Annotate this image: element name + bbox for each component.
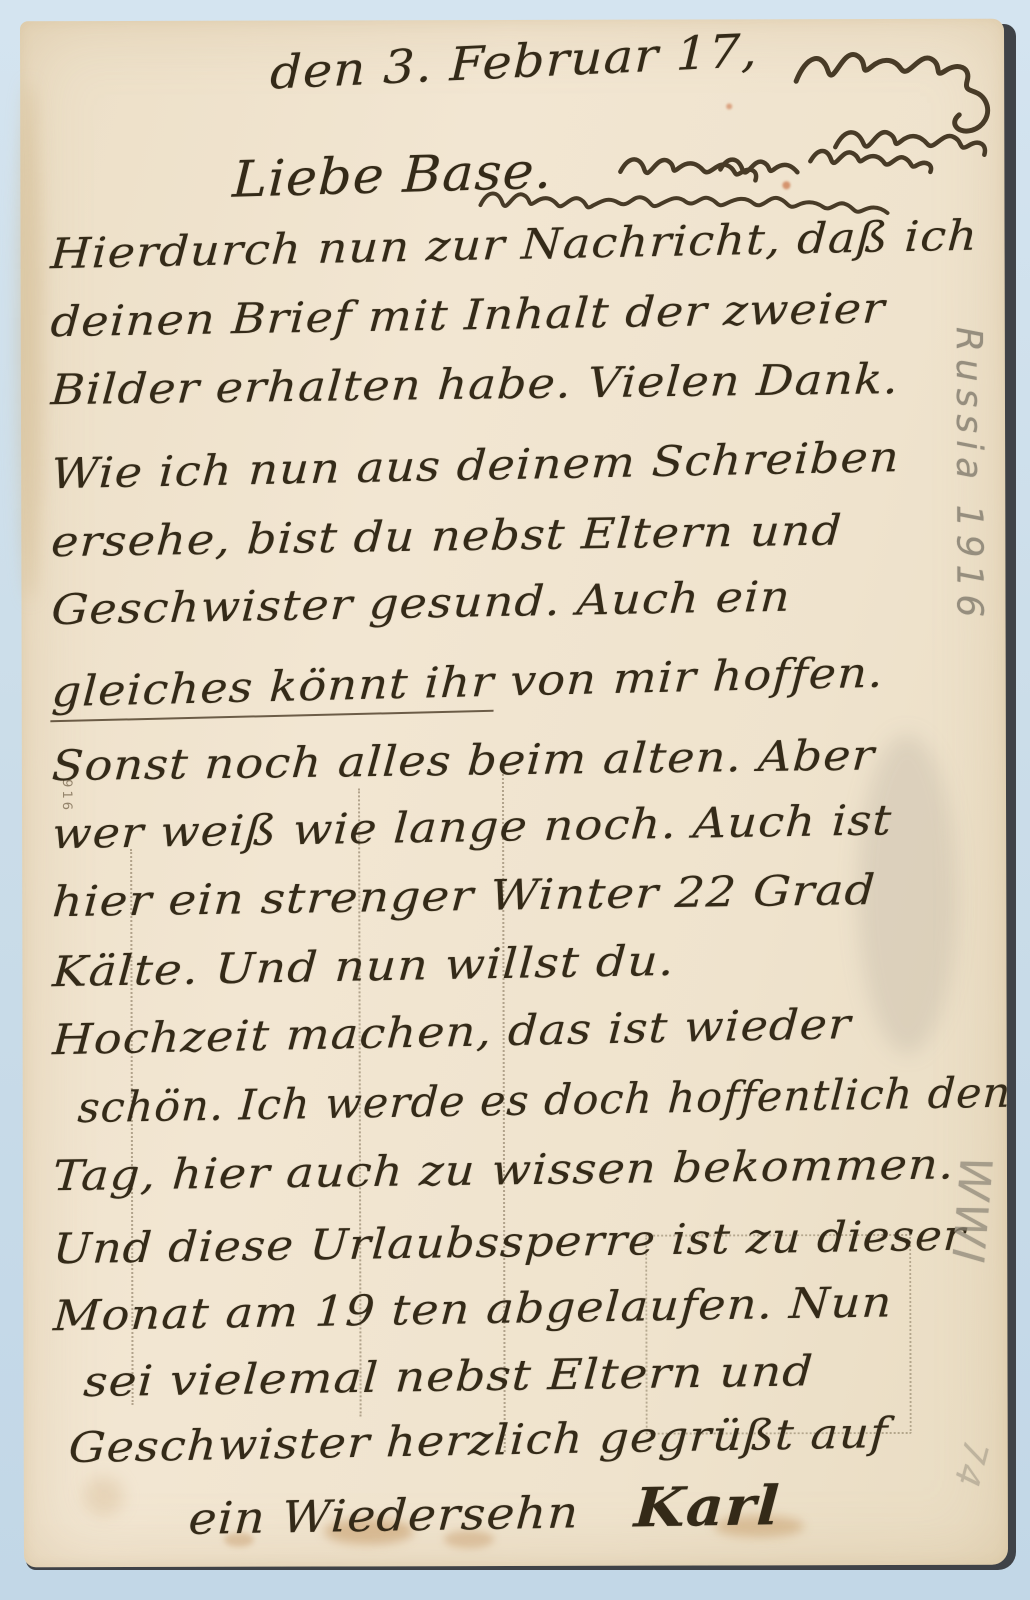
pencil-annotation-russia-1916: Russia 1916 [948,327,990,625]
handwritten-line: Bilder erhalten habe. Vielen Dank. [50,354,901,414]
pencil-annotation-number: 74 [945,1436,996,1492]
handwritten-line: deinen Brief mit Inhalt der zweier [49,283,886,346]
pencil-annotation-wwi: WWI [941,1154,1001,1267]
line-rest: von mir hoffen. [493,648,885,706]
postcard: 916 den 3. Februar 17, Liebe Base. Hierd… [20,19,1008,1568]
handwritten-line: Sonst noch alles beim alten. Aber [51,730,877,790]
salutation: Liebe Base. [231,141,553,208]
postcard-scan-viewport: { "document": { "kind": "handwritten pos… [0,0,1030,1600]
rust-speck [726,103,732,109]
bleed-through-stamp-box [645,1234,912,1435]
handwritten-line: schön. Ich werde es doch hoffentlich den [77,1068,1013,1133]
scanner-background: 916 den 3. Februar 17, Liebe Base. Hierd… [0,0,1030,1600]
rust-speck [782,181,790,189]
closing-line: ein Wiedersehn Karl [187,1473,782,1547]
handwritten-line: wer weiß wie lange noch. Auch ist [51,795,894,858]
handwritten-line: Wie ich nun aus deinem Schreiben [50,432,901,498]
handwritten-line: Geschwister herzlich gegrüßt auf [67,1408,889,1472]
underlined-phrase: gleiches könnt ihr [50,657,495,723]
signature: Karl [633,1473,782,1539]
handwritten-line: hier ein strenger Winter 22 Grad [51,865,877,926]
handwritten-line-underlined: gleiches könnt ihr von mir hoffen. [51,648,885,717]
handwritten-line: Tag, hier auch zu wissen bekommen. [52,1139,957,1200]
stain [16,81,43,601]
stain [84,1476,124,1516]
handwritten-line: Geschwister gesund. Auch ein [50,572,792,635]
closing-text: ein Wiedersehn [187,1487,580,1545]
date-line: den 3. Februar 17, [269,23,758,100]
handwritten-line: ersehe, bist du nebst Eltern und [50,505,844,566]
handwritten-line: Hierdurch nun zur Nachricht, daß ich [49,211,979,279]
handwritten-line: Hochzeit machen, das ist wieder [51,999,852,1064]
handwritten-line: Kälte. Und nun willst du. [51,936,676,996]
